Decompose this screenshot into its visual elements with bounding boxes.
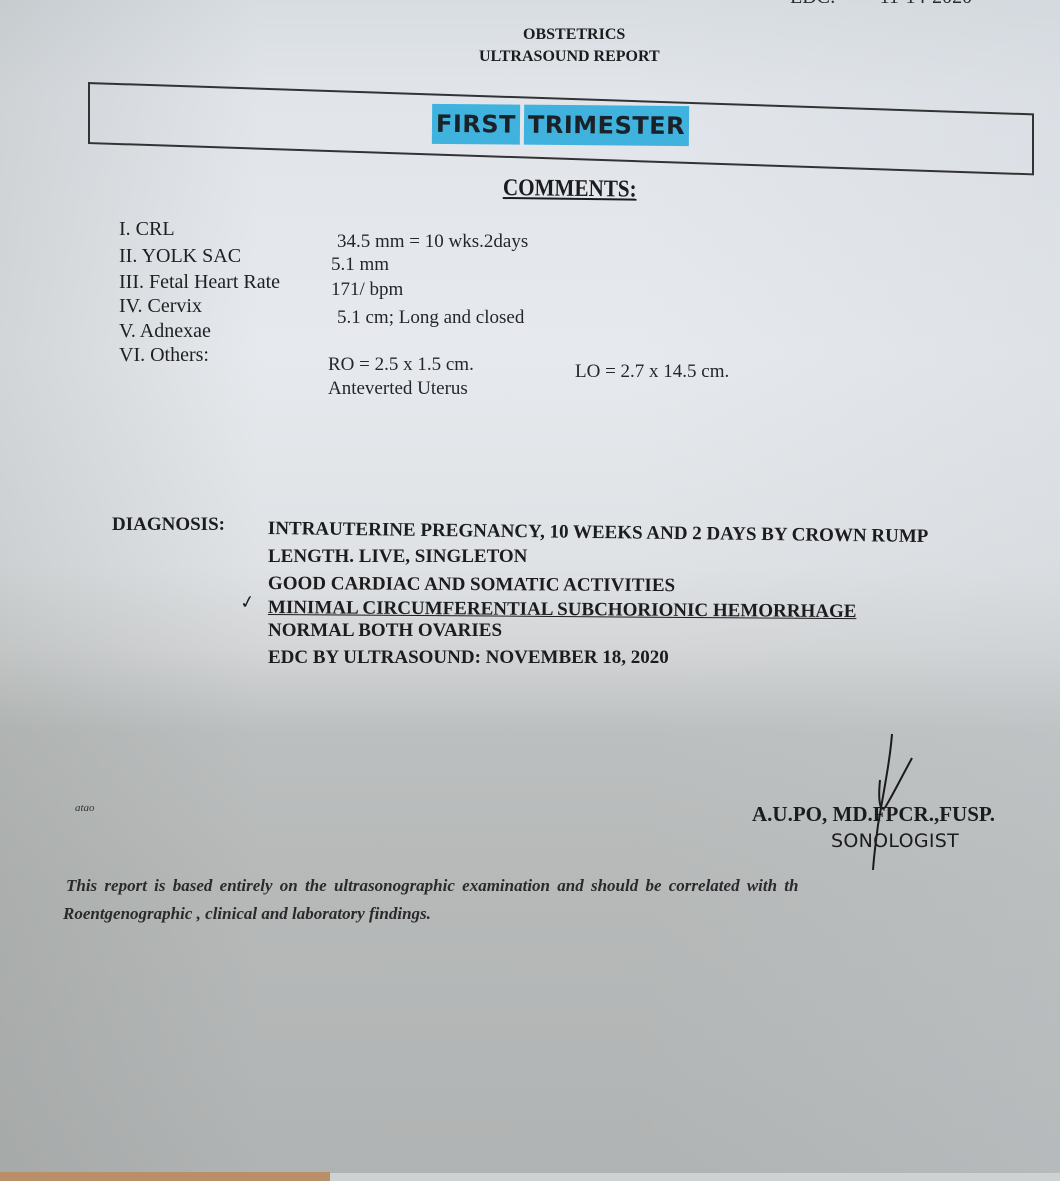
edc-label: EDC:	[790, 0, 836, 8]
report-title-line2: ULTRASOUND REPORT	[479, 48, 660, 66]
comment-label-yolk-sac: II. YOLK SAC	[119, 245, 241, 268]
sonologist-role: SONOLOGIST	[831, 830, 959, 852]
comment-label-crl: I. CRL	[119, 218, 175, 241]
trimester-word-first: FIRST	[432, 104, 520, 145]
edc-date: 11-14-2020	[880, 0, 973, 8]
paper-edge	[330, 1173, 1060, 1181]
comment-value-uterus: Anteverted Uterus	[328, 378, 468, 400]
trimester-word-trimester: TRIMESTER	[524, 105, 689, 146]
comment-label-adnexae: V. Adnexae	[119, 320, 211, 343]
diagnosis-line-6: EDC BY ULTRASOUND: NOVEMBER 18, 2020	[268, 647, 669, 669]
comment-value-right-ovary: RO = 2.5 x 1.5 cm.	[328, 354, 474, 376]
report-title-line1: OBSTETRICS	[523, 26, 625, 44]
diagnosis-line-3: GOOD CARDIAC AND SOMATIC ACTIVITIES	[268, 573, 675, 597]
trimester-badge: FIRST TRIMESTER	[432, 104, 689, 146]
diagnosis-line-2: LENGTH. LIVE, SINGLETON	[268, 546, 527, 568]
diagnosis-line-5: NORMAL BOTH OVARIES	[268, 620, 502, 642]
disclaimer-line-2: Roentgenographic , clinical and laborato…	[63, 904, 431, 924]
comment-label-others: VI. Others:	[119, 344, 209, 367]
diagnosis-heading: DIAGNOSIS:	[112, 514, 225, 536]
paper-shadow-left	[0, 0, 260, 1181]
comment-value-yolk-sac: 5.1 mm	[331, 254, 389, 276]
comment-value-left-ovary: LO = 2.7 x 14.5 cm.	[575, 361, 729, 383]
paper-highlight-right	[640, 0, 1060, 1181]
disclaimer-line-1: This report is based entirely on the ult…	[66, 876, 798, 896]
sonologist-name: A.U.PO, MD.FPCR.,FUSP.	[752, 802, 995, 827]
comment-label-fetal-heart-rate: III. Fetal Heart Rate	[119, 271, 280, 294]
comment-label-cervix: IV. Cervix	[119, 295, 202, 318]
comments-heading: COMMENTS:	[503, 175, 637, 204]
comment-value-cervix: 5.1 cm; Long and closed	[337, 307, 524, 329]
comment-value-fetal-heart-rate: 171/ bpm	[331, 279, 403, 301]
table-surface	[0, 1172, 330, 1181]
edc-header: EDC:11-14-2020	[790, 0, 1016, 9]
typist-initials: atao	[75, 802, 95, 814]
comment-value-crl: 34.5 mm = 10 wks.2days	[337, 231, 528, 253]
